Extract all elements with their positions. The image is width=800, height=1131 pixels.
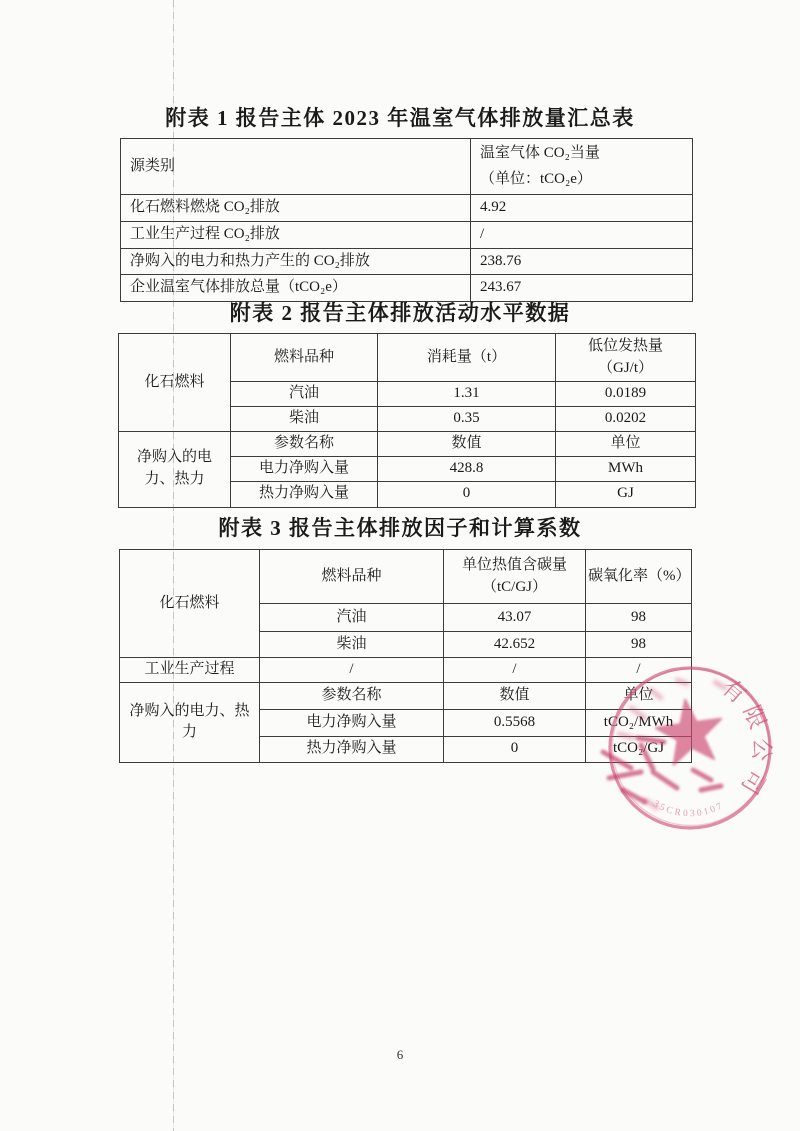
table-cell: 0.5568 [444,709,586,736]
table-cell: 98 [586,632,692,658]
table-cell: / [471,221,693,248]
table-cell: tCO₂/MWh [586,709,692,736]
table-cell: 4.92 [471,195,693,222]
table-header-cell: 单位热值含碳量 （tC/GJ） [444,550,586,604]
table-cell: 柴油 [231,407,378,432]
table-cell: 汽油 [260,604,444,632]
table-cell: 0 [444,736,586,762]
table-cell: 98 [586,604,692,632]
table3-title: 附表 3 报告主体排放因子和计算系数 [0,512,800,542]
table-header-cell: 参数名称 [260,682,444,709]
table-cell: 0.0189 [556,382,696,407]
group-label-fossil-fuel: 化石燃料 [119,334,231,432]
table-cell: / [586,658,692,683]
table-cell: 化石燃料燃烧 CO₂排放 [121,195,471,222]
table-header-cell: 数值 [444,682,586,709]
group-label-industrial-process: 工业生产过程 [120,658,260,683]
table-header-cell: 消耗量（t） [378,334,556,382]
seal-code-text: 35CR030107 [651,799,726,819]
seal-ring-text: 有限公司 [717,674,775,804]
table-header-cell: 低位发热量 （GJ/t） [556,334,696,382]
table-cell: tCO₂/GJ [586,736,692,762]
emission-factor-table: 化石燃料 燃料品种 单位热值含碳量 （tC/GJ） 碳氧化率（%） 汽油 43.… [119,549,691,763]
table2-title: 附表 2 报告主体排放活动水平数据 [0,297,800,327]
table-cell: 热力净购入量 [231,481,378,507]
activity-data-table: 化石燃料 燃料品种 消耗量（t） 低位发热量 （GJ/t） 汽油 1.31 0.… [118,333,695,508]
table-header-cell: 燃料品种 [260,550,444,604]
table1-title: 附表 1 报告主体 2023 年温室气体排放量汇总表 [0,102,800,132]
table-header-cell: 燃料品种 [231,334,378,382]
table-cell: 428.8 [378,456,556,481]
table-header-cell: 数值 [378,431,556,456]
table-cell: 0.35 [378,407,556,432]
emission-summary-table: 源类别 温室气体 CO₂当量 （单位：tCO₂e） 化石燃料燃烧 CO₂排放 4… [120,138,693,302]
table-cell: 净购入的电力和热力产生的 CO₂排放 [121,248,471,275]
scanned-report-page: 附表 1 报告主体 2023 年温室气体排放量汇总表 源类别 温室气体 CO₂当… [0,0,800,1131]
table-cell: 电力净购入量 [260,709,444,736]
group-label-fossil-fuel: 化石燃料 [120,550,260,658]
table-header-cell: 单位 [586,682,692,709]
table-cell: 工业生产过程 CO₂排放 [121,221,471,248]
table-cell: 0 [378,481,556,507]
table-cell: GJ [556,481,696,507]
table-cell: / [260,658,444,683]
table-header-cell: 参数名称 [231,431,378,456]
page-number: 6 [0,1047,800,1063]
table-cell: MWh [556,456,696,481]
table-cell: / [444,658,586,683]
table-cell: 柴油 [260,632,444,658]
table1-header-source: 源类别 [121,139,471,195]
table-cell: 42.652 [444,632,586,658]
table-cell: 热力净购入量 [260,736,444,762]
table-header-cell: 单位 [556,431,696,456]
group-label-purchased-energy: 净购入的电 力、热力 [119,431,231,507]
table-cell: 汽油 [231,382,378,407]
table-cell: 电力净购入量 [231,456,378,481]
table-cell: 1.31 [378,382,556,407]
table-header-cell: 碳氧化率（%） [586,550,692,604]
table-cell: 43.07 [444,604,586,632]
table-cell: 238.76 [471,248,693,275]
group-label-purchased-energy: 净购入的电力、热 力 [120,682,260,762]
table1-header-co2e: 温室气体 CO₂当量 （单位：tCO₂e） [471,139,693,195]
table-cell: 0.0202 [556,407,696,432]
